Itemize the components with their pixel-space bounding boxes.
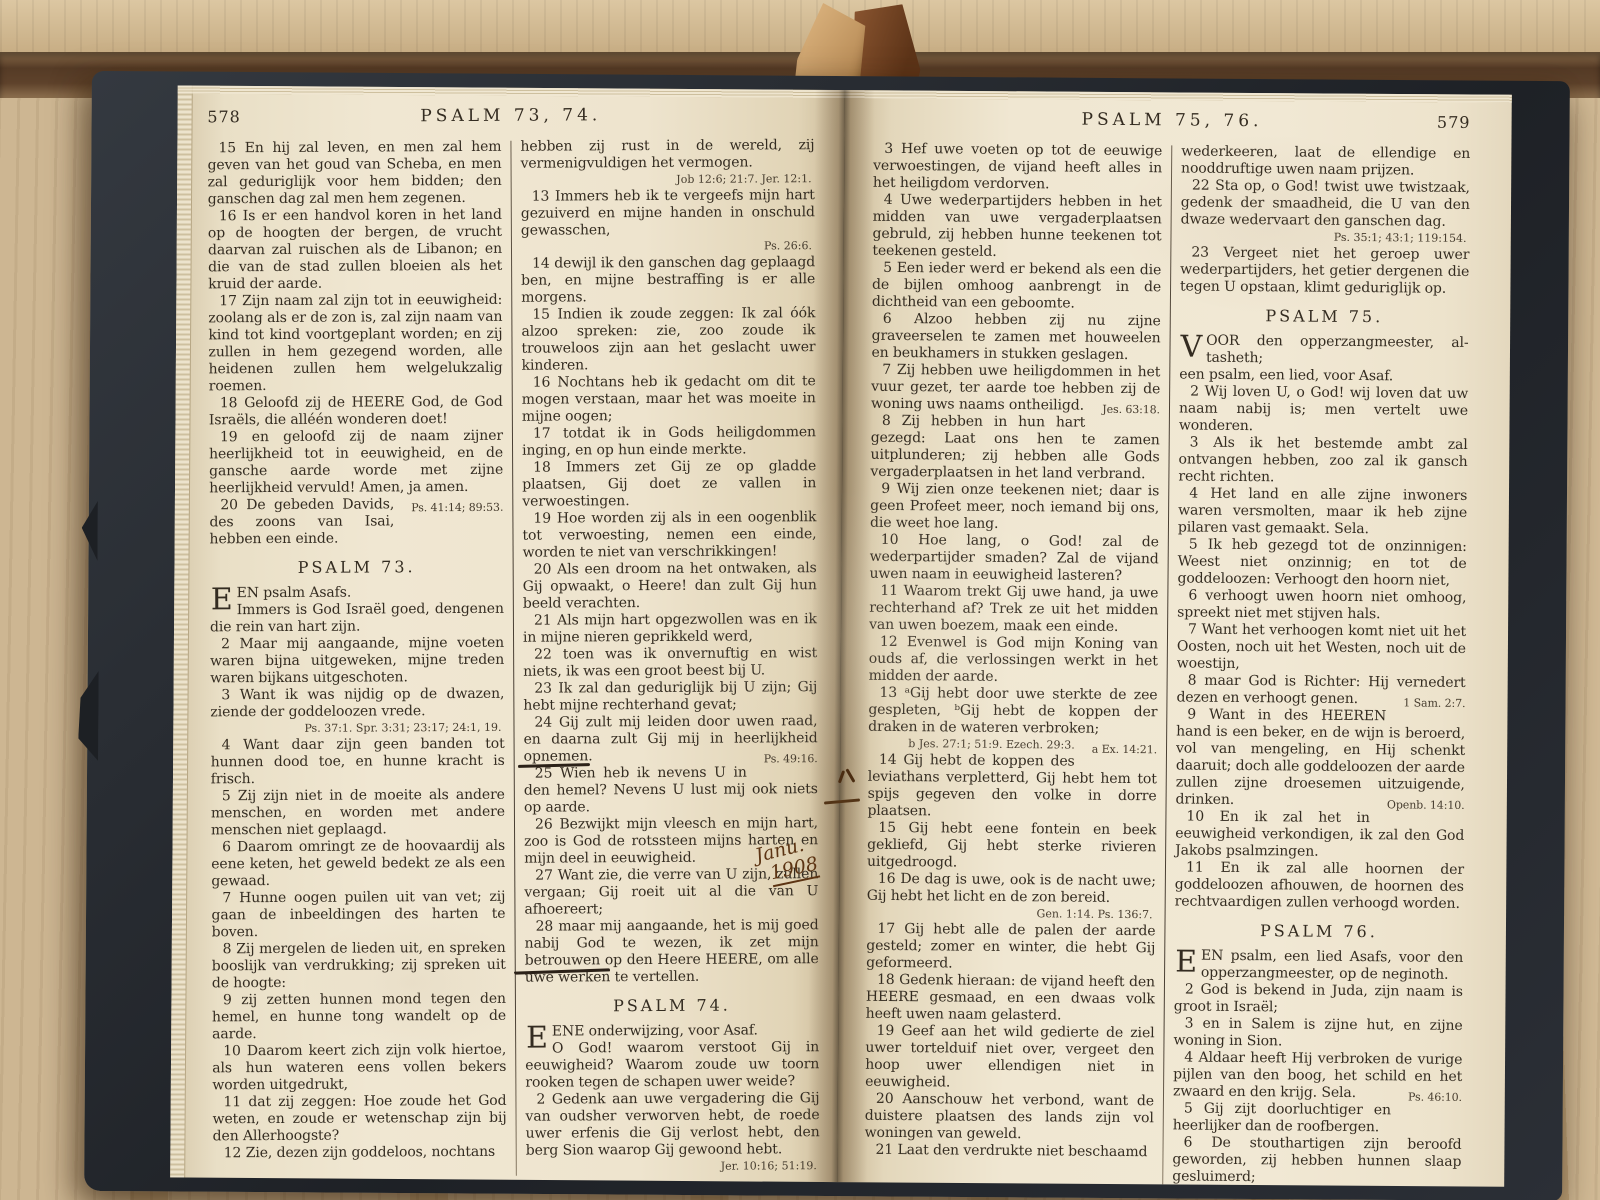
verse: 16 Nochtans heb ik gedacht om dit te mog…	[522, 373, 816, 426]
verse: 23 Ik zal dan geduriglijk bij U zijn; Gi…	[523, 679, 817, 715]
verse: 2 Maar mij aangaande, mijne voeten waren…	[210, 635, 504, 688]
verse: 6 verhoogt uwen hoorn niet omhoog, spree…	[1177, 587, 1466, 624]
verse: 13 Immers heb ik te vergeefs mijn hart g…	[521, 187, 815, 240]
psalm-opening: EEN psalm Asafs.Immers is God Israël goe…	[210, 584, 504, 637]
verse: 17 totdat ik in Gods heiligdommen inging…	[522, 424, 816, 460]
verse: 20 Aanschouw het verbond, want de duiste…	[865, 1091, 1154, 1145]
verse: wederkeeren, laat de ellendige en nooddr…	[1181, 143, 1470, 180]
verse: 17 Zijn naam zal zijn tot in eeuwigheid:…	[208, 292, 503, 396]
page-header-title-right: PSALM 75, 76.	[937, 108, 1406, 132]
verse: 13 ᵃGij hebt door uwe sterkte de zee ges…	[868, 685, 1157, 739]
header-spacer	[873, 123, 937, 124]
verse: 5 Zij zijn niet in de moeite als andere …	[211, 787, 505, 840]
verse: 19 en geloofd zij de naam zijner heerlij…	[209, 428, 503, 498]
verse: 23 Vergeet niet het geroep uwer wederpar…	[1180, 244, 1469, 298]
verse: 5 Gij zijt doorluchtiger en heerlijker d…	[1173, 1100, 1462, 1137]
cross-reference-line: Jer. 10:16; 51:19.	[526, 1158, 820, 1176]
verse: 12 Zie, dezen zijn goddeloos, nochtans	[213, 1144, 507, 1163]
cross-reference: a Ex. 14:21.	[1075, 741, 1157, 759]
drop-cap: E	[210, 585, 237, 613]
verse: 11 Waarom trekt Gij uwe hand, ja uwe rec…	[869, 583, 1158, 637]
verse: 8 Zij hebben in hun hart gezegd: Laat on…	[870, 413, 1160, 484]
verse: 17 Gij hebt alle de palen der aarde gest…	[866, 921, 1155, 975]
cross-reference: Jes. 63:18.	[1085, 401, 1160, 419]
text-column-1: 15 En hij zal leven, en men zal hem geve…	[207, 139, 506, 1178]
verse: 12 Evenwel is God mijn Koning van ouds a…	[869, 634, 1158, 688]
verse: 10 En ik zal het in eeuwigheid verkondig…	[1175, 808, 1464, 862]
verse: 22 Sta op, o God! twist uwe twistzaak, g…	[1181, 177, 1470, 231]
verse: 16 De dag is uwe, ook is de nacht uwe; G…	[867, 871, 1156, 908]
verse: 19 Hoe worden zij als in een oogenblik t…	[522, 509, 816, 562]
verse-text: 19 en geloofd zij de naam zijner heerlij…	[209, 428, 503, 497]
verse: 24 Gij zult mij leiden door uwen raad, e…	[523, 713, 817, 766]
verse: 4 Het land en alle zijne inwoners waren …	[1178, 485, 1467, 539]
verse: 4 Want daar zijn geen banden tot hunnen …	[211, 736, 505, 789]
drop-cap: E	[525, 1024, 552, 1052]
opening-text-2: O God! waarom verstoot Gij in eeuwigheid…	[525, 1039, 819, 1091]
verse: 14 Gij hebt de koppen des leviathans ver…	[867, 752, 1157, 823]
cross-reference-line: Ps. 26:6.	[521, 238, 815, 256]
verse: 8 Zij mergelen de lieden uit, en spreken…	[212, 940, 506, 993]
psalm-heading: PSALM 74.	[525, 995, 819, 1016]
opening-text: EN psalm Asafs.	[237, 585, 352, 602]
verse-text: 9 Want in des HEEREN hand is een beker, …	[1176, 707, 1466, 808]
verse: 20 Als een droom na het ontwaken, als Gi…	[523, 560, 817, 613]
text-column-4: wederkeeren, laat de ellendige en nooddr…	[1172, 143, 1470, 1186]
verse: 3 Want ik was nijdig op de dwazen, ziend…	[210, 686, 504, 722]
verse: 28 maar mij aangaande, het is mij goed n…	[524, 917, 818, 987]
verse: 3 Hef uwe voeten op tot de eeuwige verwo…	[873, 141, 1162, 195]
verse: 11 dat zij zeggen: Hoe zoude het God wet…	[212, 1093, 506, 1146]
verse: 5 Een ieder werd er bekend als een die d…	[872, 260, 1161, 314]
page-header-title-left: PSALM 73, 74.	[271, 104, 750, 127]
drop-cap: E	[1174, 947, 1201, 975]
verse: 7 Zij hebben uwe heiligdommen in het vuu…	[871, 362, 1160, 416]
verse: 9 Wij zien onze teekenen niet; daar is g…	[870, 481, 1159, 535]
column-divider	[1162, 145, 1172, 1185]
left-page: 578 PSALM 73, 74. 15 En hij zal leven, e…	[170, 85, 845, 1182]
psalm-opening: EEN psalm, een lied Asafs, voor den oppe…	[1174, 947, 1463, 984]
verse: 22 toen was ik onvernuftig en wist niets…	[523, 645, 817, 681]
verse: 10 Hoe lang, o God! zal de wederpartijde…	[869, 532, 1158, 586]
verse: 18 Geloofd zij de HEERE God, de God Isra…	[209, 394, 503, 430]
page-number-left: 578	[207, 107, 271, 126]
cross-reference: Ps. 41:14; 89:53.	[394, 499, 503, 517]
cross-reference: Ps. 46:10.	[1391, 1088, 1462, 1106]
verse: 3 en in Salem is zijne hut, en zijne won…	[1173, 1015, 1462, 1052]
column-divider	[510, 141, 516, 1176]
verse: 2 Wij loven U, o God! wij loven dat uw n…	[1179, 383, 1468, 437]
opening-text-2: Immers is God Israël goed, dengenen die …	[210, 601, 504, 636]
opening-text: ENE onderwijzing, voor Asaf.	[552, 1022, 758, 1039]
cross-reference: 1 Sam. 2:7.	[1386, 694, 1465, 712]
text-column-2: hebben zij rust in de wereld, zij vermen…	[520, 137, 819, 1176]
verse: 9 Want in des HEEREN hand is een beker, …	[1176, 706, 1466, 811]
open-book: 578 PSALM 73, 74. 15 En hij zal leven, e…	[84, 71, 1570, 1200]
verse: 18 Immers zet Gij ze op gladde plaatsen,…	[522, 458, 816, 511]
verse: 15 En hij zal leven, en men zal hem geve…	[207, 139, 501, 209]
wood-plank-top	[0, 0, 1600, 52]
psalm-heading: PSALM 76.	[1174, 920, 1463, 942]
verse: 11 En ik zal alle hoornen der goddelooze…	[1175, 859, 1464, 913]
verse: 2 Gedenk aan uwe vergadering die Gij van…	[525, 1090, 819, 1160]
right-page-header: PSALM 75, 76. 579	[873, 108, 1470, 133]
verse: 18 Gedenk hieraan: de vijand heeft den H…	[866, 972, 1155, 1026]
cross-reference-line: Ps. 37:1. Spr. 3:31; 23:17; 24:1, 19.	[210, 720, 504, 738]
verse: 21 Als mijn hart opgezwollen was en ik i…	[523, 611, 817, 647]
cross-reference: Openb. 14:10.	[1370, 796, 1465, 814]
verse: 14 dewijl ik den ganschen dag geplaagd b…	[521, 254, 815, 307]
verse-text: 13 ᵃGij hebt door uwe sterkte de zee ges…	[868, 685, 1157, 737]
verse: 15 Indien ik zoude zeggen: Ik zal óók al…	[521, 305, 815, 375]
verse: 6 Alzoo hebben zij nu zijne graveerselen…	[871, 311, 1160, 365]
verse: 10 Daarom keert zich zijn volk hiertoe, …	[212, 1042, 506, 1095]
opening-text: EN psalm, een lied Asafs, voor den opper…	[1201, 948, 1463, 983]
psalm-opening: VOOR den opperzangmeester, al-tasheth;ee…	[1179, 332, 1468, 386]
cross-reference-line: Job 12:6; 21:7. Jer. 12:1.	[521, 171, 815, 189]
verse: 8 maar God is Richter: Hij vernedert dez…	[1176, 672, 1465, 709]
verse: 15 Gij hebt eene fontein en beek geklief…	[867, 820, 1156, 874]
text-column-3: 3 Hef uwe voeten op tot de eeuwige verwo…	[864, 141, 1162, 1185]
verse: 25 Wien heb ik nevens U in den hemel? Ne…	[524, 764, 818, 817]
psalm-heading: PSALM 73.	[210, 557, 504, 578]
opening-text-2: een psalm, een lied, voor Asaf.	[1179, 366, 1393, 384]
verse: 2 God is bekend in Juda, zijn naam is gr…	[1174, 981, 1463, 1018]
verse: 5 Ik heb gezegd tot de onzinnigen: Weest…	[1177, 536, 1466, 590]
verse: 19 Geef aan het wild gedierte de ziel uw…	[865, 1023, 1155, 1094]
verse: 4 Aldaar heeft Hij verbroken de vurige p…	[1173, 1049, 1462, 1103]
right-page: PSALM 75, 76. 579 3 Hef uwe voeten op to…	[837, 90, 1512, 1187]
verse: 6 Daarom omringt ze de hoovaardij als ee…	[211, 838, 505, 891]
verse: 21 Laat den verdrukte niet beschaamd	[864, 1142, 1153, 1162]
left-page-header: 578 PSALM 73, 74.	[207, 104, 814, 127]
verse: 3 Als ik het bestemde ambt zal ontvangen…	[1178, 434, 1467, 488]
psalm-heading: PSALM 75.	[1180, 305, 1469, 327]
page-number-right: 579	[1406, 112, 1470, 132]
verse: 16 Is er een handvol koren in het land o…	[208, 207, 502, 294]
drop-cap: V	[1179, 332, 1206, 360]
cross-reference: Ps. 49:16.	[747, 750, 818, 767]
verse: 7 Hunne oogen puilen uit van vet; zij ga…	[211, 889, 505, 942]
verse: 4 Uwe wederpartijders hebben in het midd…	[872, 192, 1162, 263]
verse: 7 Want het verhoogen komt niet uit het O…	[1177, 621, 1466, 675]
opening-text: OOR den opperzangmeester, al-tasheth;	[1206, 333, 1469, 366]
book-pages: 578 PSALM 73, 74. 15 En hij zal leven, e…	[170, 85, 1512, 1186]
verse: hebben zij rust in de wereld, zij vermen…	[520, 137, 814, 173]
verse: 9 zij zetten hunnen mond tegen den hemel…	[212, 991, 506, 1044]
psalm-opening: EENE onderwijzing, voor Asaf.O God! waar…	[525, 1022, 819, 1092]
verse: 6 De stouthartigen zijn beroofd geworden…	[1172, 1134, 1461, 1186]
